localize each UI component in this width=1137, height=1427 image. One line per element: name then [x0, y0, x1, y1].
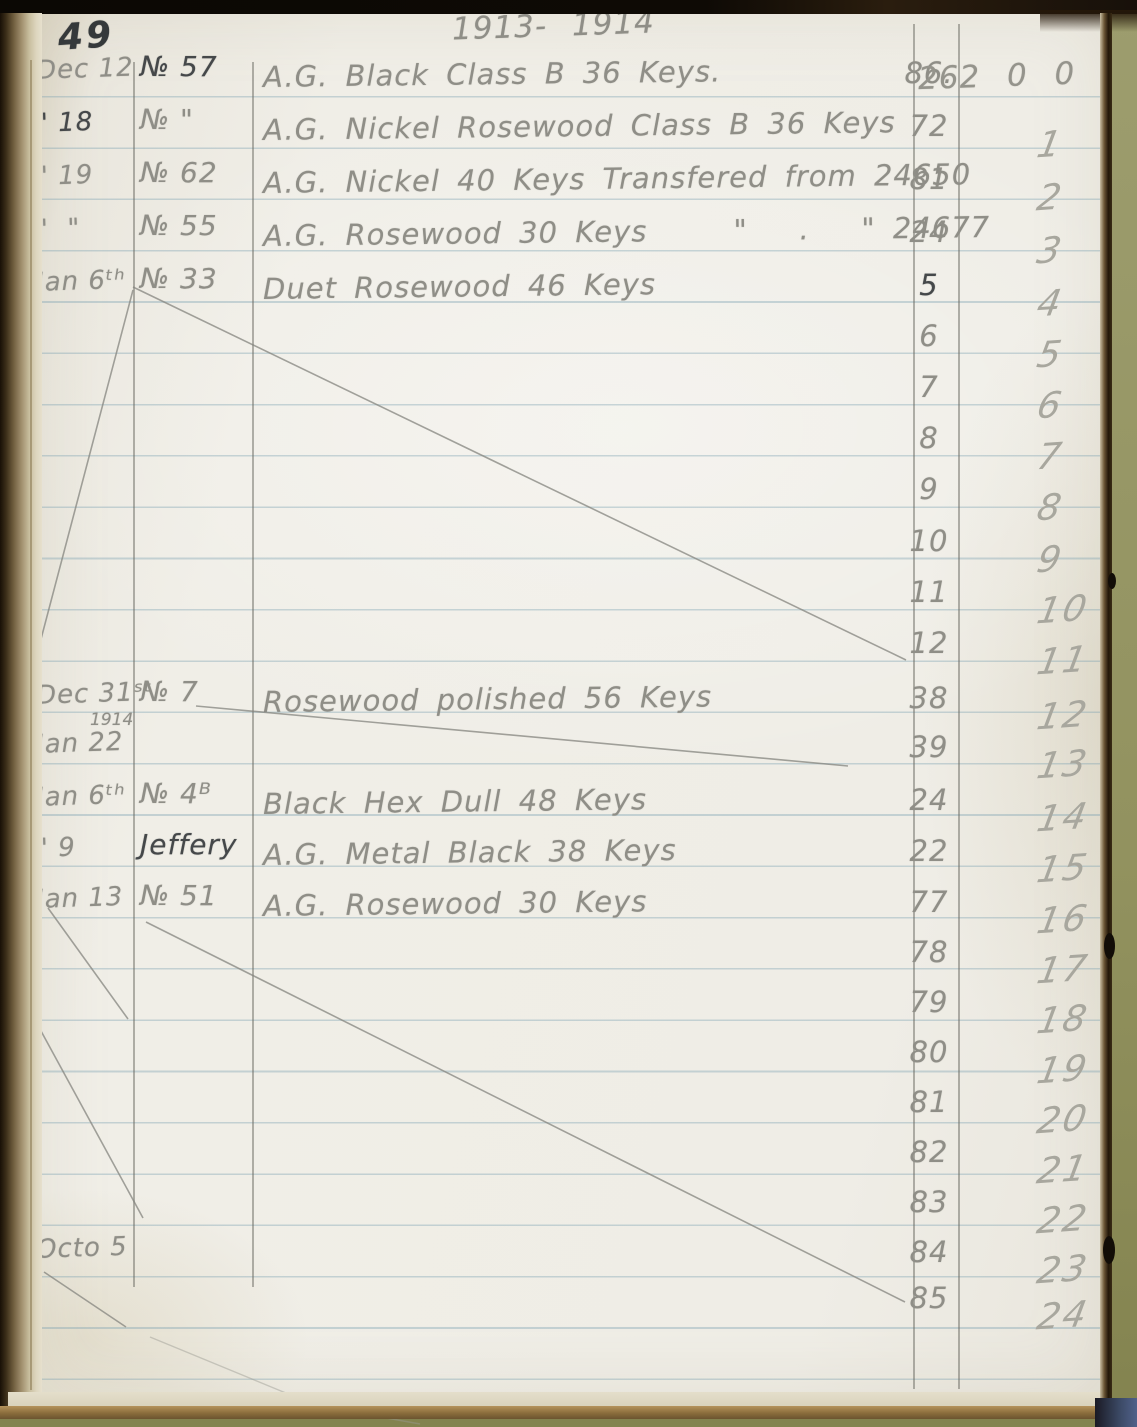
binding-hole: [1108, 573, 1116, 589]
page-crease: [30, 60, 32, 1390]
scanned-ledger-page: 49 1913- 1914 Dec 12№ 57A.G. Black Class…: [0, 0, 1137, 1427]
bottom-right-notch: [1095, 1398, 1137, 1427]
binding-hole: [1104, 933, 1115, 959]
book-bottom-edge: [0, 1406, 1120, 1419]
book-top-edge: [0, 0, 1137, 14]
binding-crack: [1100, 13, 1112, 1413]
book-top-corner-shadow: [1040, 10, 1137, 32]
book-spine-edge: [0, 13, 42, 1408]
binding-hole: [1103, 1236, 1115, 1264]
strike-lines: [0, 0, 1137, 1427]
